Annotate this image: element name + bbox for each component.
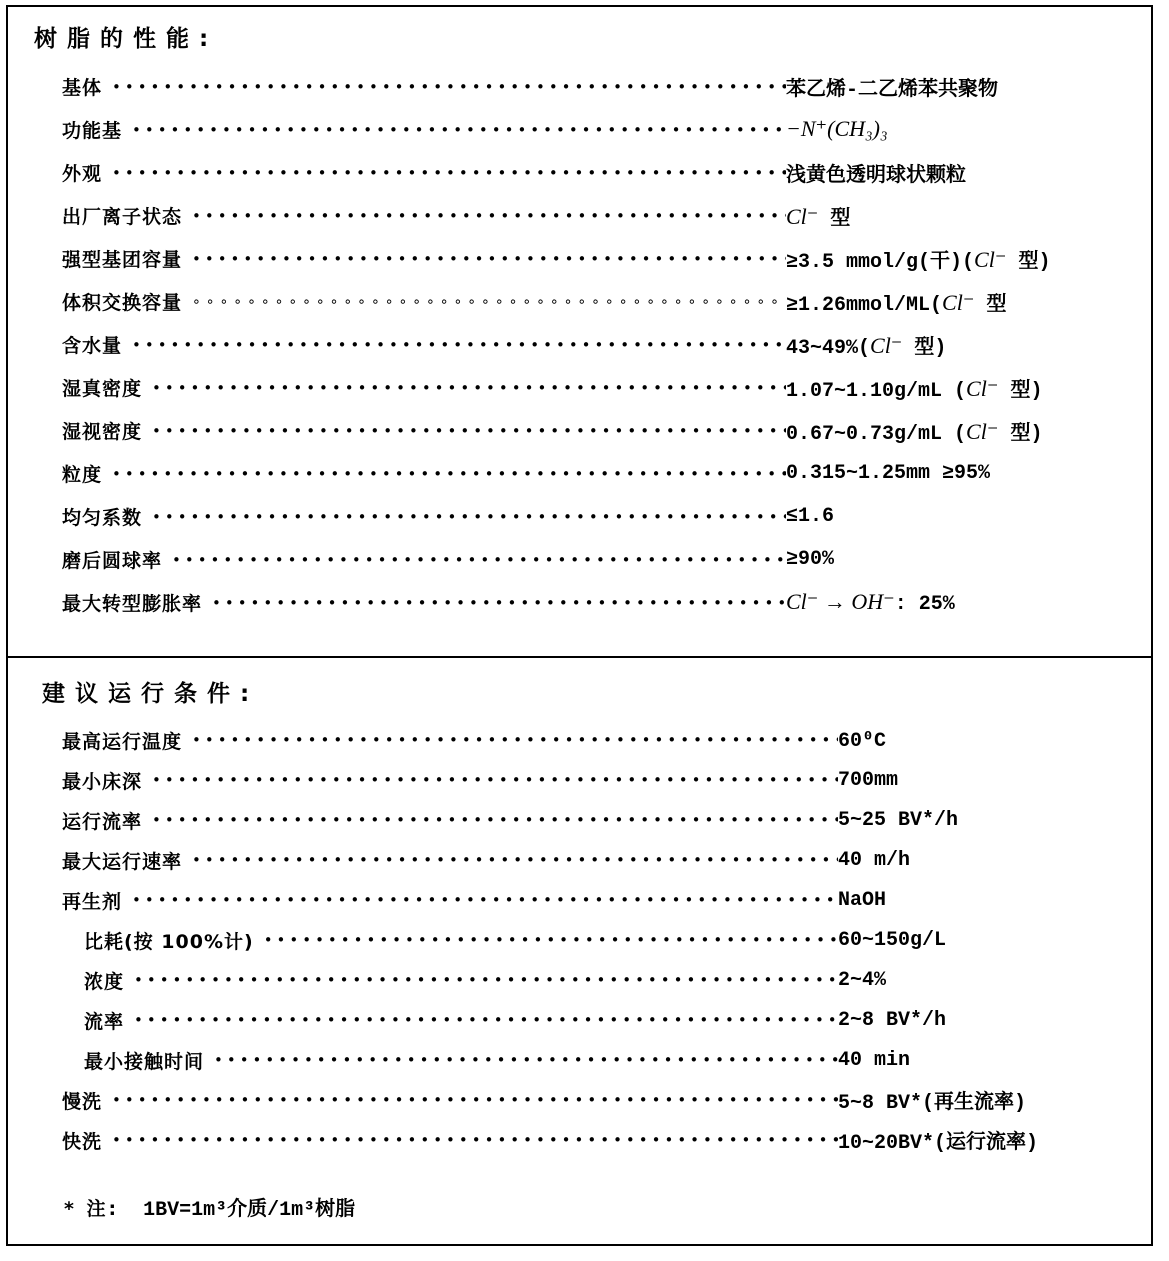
spec-row-left: 最大转型膨胀率•••••••••••••••••••••••••••••••••…: [62, 589, 786, 616]
dotted-leader: ••••••••••••••••••••••••••••••••••••••••…: [142, 379, 786, 397]
spec-label: 出厂离子状态: [62, 202, 182, 229]
dotted-leader: ••••••••••••••••••••••••••••••••••••••••…: [142, 811, 838, 829]
spec-label: 比耗(按 100%计): [84, 927, 254, 954]
dotted-leader: ••••••••••••••••••••••••••••••••••••••••…: [122, 336, 786, 354]
spec-value: Cl⁻ 型: [786, 201, 850, 231]
text-segment: 60⁰C: [838, 730, 886, 753]
text-segment: 浅黄色透明球状颗粒: [786, 165, 966, 188]
text-segment: 苯乙烯-二乙烯苯共聚物: [786, 79, 998, 102]
spec-label: 运行流率: [62, 807, 142, 834]
spec-value: 1.07~1.10g/mL (Cl⁻ 型): [786, 373, 1042, 403]
dotted-leader: ••••••••••••••••••••••••••••••••••••••••…: [204, 1051, 838, 1069]
spec-row: 最小床深••••••••••••••••••••••••••••••••••••…: [8, 760, 1151, 800]
spec-label: 最高运行温度: [62, 727, 182, 754]
text-segment: 5~25 BV*/h: [838, 809, 958, 832]
spec-row-left: 基体••••••••••••••••••••••••••••••••••••••…: [62, 73, 786, 100]
spec-row-left: 慢洗••••••••••••••••••••••••••••••••••••••…: [62, 1087, 838, 1114]
dotted-leader: ••••••••••••••••••••••••••••••••••••••••…: [142, 422, 786, 440]
spec-row: 慢洗••••••••••••••••••••••••••••••••••••••…: [8, 1080, 1151, 1120]
spec-value: 40 min: [838, 1049, 910, 1072]
spec-row-left: 运行流率••••••••••••••••••••••••••••••••••••…: [62, 807, 838, 834]
spec-value: ≥1.26mmol/ML(Cl⁻ 型: [786, 287, 1006, 317]
spec-row: 均匀系数••••••••••••••••••••••••••••••••••••…: [8, 495, 1151, 538]
spec-value: 0.315~1.25mm ≥95%: [786, 462, 990, 485]
spec-value: 2~8 BV*/h: [838, 1009, 946, 1032]
dotted-leader: ••••••••••••••••••••••••••••••••••••••••…: [142, 771, 838, 789]
spec-row-left: 均匀系数••••••••••••••••••••••••••••••••••••…: [62, 503, 786, 530]
spec-row: 基体••••••••••••••••••••••••••••••••••••••…: [8, 65, 1151, 108]
math-segment: Cl⁻: [942, 290, 974, 315]
text-segment: 0.67~0.73g/mL (: [786, 423, 966, 446]
text-segment: 2~4%: [838, 969, 886, 992]
math-segment: Cl⁻: [786, 204, 818, 229]
footnote-text: 1BV=1m³介质/1m³树脂: [143, 1192, 355, 1222]
footnote: * 注: 1BV=1m³介质/1m³树脂: [8, 1192, 1151, 1222]
spec-row: 含水量•••••••••••••••••••••••••••••••••••••…: [8, 323, 1151, 366]
spec-label: 最小接触时间: [84, 1047, 204, 1074]
spec-row-left: 功能基•••••••••••••••••••••••••••••••••••••…: [62, 116, 786, 143]
dotted-leader: ••••••••••••••••••••••••••••••••••••••••…: [102, 1091, 838, 1109]
dotted-leader: ••••••••••••••••••••••••••••••••••••••••…: [124, 971, 838, 989]
spec-row: 磨后圆球率•••••••••••••••••••••••••••••••••••…: [8, 538, 1151, 581]
spec-label: 快洗: [62, 1127, 102, 1154]
spec-row: 再生剂•••••••••••••••••••••••••••••••••••••…: [8, 880, 1151, 920]
spec-label: 慢洗: [62, 1087, 102, 1114]
spec-label: 浓度: [84, 967, 124, 994]
spec-value: 0.67~0.73g/mL (Cl⁻ 型): [786, 416, 1042, 446]
spec-row: 最高运行温度••••••••••••••••••••••••••••••••••…: [8, 720, 1151, 760]
dotted-leader: ••••••••••••••••••••••••••••••••••••••••…: [162, 551, 786, 569]
resin-properties-rows: 基体••••••••••••••••••••••••••••••••••••••…: [8, 65, 1151, 624]
section-title-resin-properties: 树脂的性能:: [8, 7, 1151, 59]
math-segment: Cl⁻: [974, 247, 1006, 272]
spec-row-left: 流率••••••••••••••••••••••••••••••••••••••…: [62, 1007, 838, 1034]
spec-row: 最大运行速率••••••••••••••••••••••••••••••••••…: [8, 840, 1151, 880]
dotted-leader: ••••••••••••••••••••••••••••••••••••••••…: [102, 78, 786, 96]
text-segment: ≥1.26mmol/ML(: [786, 294, 942, 317]
text-segment: 60~150g/L: [838, 929, 946, 952]
text-segment: 43~49%(: [786, 337, 870, 360]
dotted-leader: ••••••••••••••••••••••••••••••••••••••••…: [122, 121, 786, 139]
math-segment: Cl⁻: [870, 333, 902, 358]
text-segment: ≥3.5 mmol/g(干)(: [786, 251, 974, 274]
spec-row: 快洗••••••••••••••••••••••••••••••••••••••…: [8, 1120, 1151, 1160]
spec-row: 比耗(按 100%计)•••••••••••••••••••••••••••••…: [8, 920, 1151, 960]
math-segment: Cl⁻ → OH⁻: [786, 589, 895, 614]
section-title-operating-conditions: 建议运行条件:: [8, 658, 1151, 714]
spec-label: 流率: [84, 1007, 124, 1034]
spec-value: Cl⁻ → OH⁻: 25%: [786, 589, 955, 616]
spec-row: 功能基•••••••••••••••••••••••••••••••••••••…: [8, 108, 1151, 151]
spec-row-left: 最大运行速率••••••••••••••••••••••••••••••••••…: [62, 847, 838, 874]
spec-row: 湿真密度••••••••••••••••••••••••••••••••••••…: [8, 366, 1151, 409]
spec-row-left: 浓度••••••••••••••••••••••••••••••••••••••…: [62, 967, 838, 994]
spec-value: ≥90%: [786, 548, 834, 571]
spec-sheet-panel: 树脂的性能: 基体•••••••••••••••••••••••••••••••…: [6, 5, 1153, 1246]
spec-row: 湿视密度••••••••••••••••••••••••••••••••••••…: [8, 409, 1151, 452]
text-segment: : 25%: [895, 593, 955, 616]
dotted-leader: ••••••••••••••••••••••••••••••••••••••••…: [182, 250, 786, 268]
spec-label: 最小床深: [62, 767, 142, 794]
spec-row-left: 比耗(按 100%计)•••••••••••••••••••••••••••••…: [62, 927, 838, 954]
spec-label: 均匀系数: [62, 503, 142, 530]
text-segment: 5~8 BV*(再生流率): [838, 1092, 1026, 1115]
text-segment: 型): [902, 337, 946, 360]
spec-row-left: 粒度••••••••••••••••••••••••••••••••••••••…: [62, 460, 786, 487]
spec-row: 最大转型膨胀率•••••••••••••••••••••••••••••••••…: [8, 581, 1151, 624]
dotted-leader: ••••••••••••••••••••••••••••••••••••••••…: [102, 1131, 838, 1149]
text-segment: ≥90%: [786, 548, 834, 571]
spec-value: 5~8 BV*(再生流率): [838, 1085, 1026, 1115]
operating-conditions-rows: 最高运行温度••••••••••••••••••••••••••••••••••…: [8, 720, 1151, 1160]
spec-label: 最大运行速率: [62, 847, 182, 874]
spec-row: 运行流率••••••••••••••••••••••••••••••••••••…: [8, 800, 1151, 840]
spec-row-left: 磨后圆球率•••••••••••••••••••••••••••••••••••…: [62, 546, 786, 573]
spec-value: −N⁺(CH₃)₃: [786, 116, 888, 143]
spec-row-left: 最小床深••••••••••••••••••••••••••••••••••••…: [62, 767, 838, 794]
spec-row: 流率••••••••••••••••••••••••••••••••••••••…: [8, 1000, 1151, 1040]
spec-row-left: 强型基团容量••••••••••••••••••••••••••••••••••…: [62, 245, 786, 272]
spec-row-left: 快洗••••••••••••••••••••••••••••••••••••••…: [62, 1127, 838, 1154]
spec-label: 磨后圆球率: [62, 546, 162, 573]
spec-value: ≥3.5 mmol/g(干)(Cl⁻ 型): [786, 244, 1050, 274]
spec-label: 粒度: [62, 460, 102, 487]
spec-label: 最大转型膨胀率: [62, 589, 202, 616]
text-segment: 10~20BV*(运行流率): [838, 1132, 1038, 1155]
operating-conditions-section: 建议运行条件: 最高运行温度••••••••••••••••••••••••••…: [8, 656, 1151, 1244]
spec-label: 功能基: [62, 116, 122, 143]
spec-value: 40 m/h: [838, 849, 910, 872]
dotted-leader: ••••••••••••••••••••••••••••••••••••••••…: [122, 891, 838, 909]
math-segment: Cl⁻: [966, 376, 998, 401]
text-segment: 型): [998, 380, 1042, 403]
spec-value: 700mm: [838, 769, 898, 792]
footnote-marker: * 注:: [64, 1194, 119, 1221]
spec-value: 2~4%: [838, 969, 886, 992]
spec-row-left: 外观••••••••••••••••••••••••••••••••••••••…: [62, 159, 786, 186]
text-segment: 700mm: [838, 769, 898, 792]
spec-value: 60~150g/L: [838, 929, 946, 952]
spec-label: 湿真密度: [62, 374, 142, 401]
spec-label: 再生剂: [62, 887, 122, 914]
dotted-leader: ••••••••••••••••••••••••••••••••••••••••…: [182, 207, 786, 225]
spec-row-left: 最高运行温度••••••••••••••••••••••••••••••••••…: [62, 727, 838, 754]
spec-row: 出厂离子状态••••••••••••••••••••••••••••••••••…: [8, 194, 1151, 237]
spec-value: 43~49%(Cl⁻ 型): [786, 330, 946, 360]
spec-value: NaOH: [838, 889, 886, 912]
spec-row: 浓度••••••••••••••••••••••••••••••••••••••…: [8, 960, 1151, 1000]
spec-row-left: 最小接触时间••••••••••••••••••••••••••••••••••…: [62, 1047, 838, 1074]
spec-value: 5~25 BV*/h: [838, 809, 958, 832]
spec-row: 最小接触时间••••••••••••••••••••••••••••••••••…: [8, 1040, 1151, 1080]
text-segment: 2~8 BV*/h: [838, 1009, 946, 1032]
text-segment: 40 min: [838, 1049, 910, 1072]
spec-label: 基体: [62, 73, 102, 100]
dotted-leader: ••••••••••••••••••••••••••••••••••••••••…: [142, 508, 786, 526]
math-segment: −N⁺(CH₃)₃: [786, 116, 888, 141]
spec-label: 体积交换容量: [62, 288, 182, 315]
text-segment: 型: [818, 208, 850, 231]
text-segment: ≤1.6: [786, 505, 834, 528]
spec-row-left: 湿真密度••••••••••••••••••••••••••••••••••••…: [62, 374, 786, 401]
text-segment: 40 m/h: [838, 849, 910, 872]
text-segment: 0.315~1.25mm ≥95%: [786, 462, 990, 485]
spec-row: 粒度••••••••••••••••••••••••••••••••••••••…: [8, 452, 1151, 495]
spec-row: 体积交换容量∘∘∘∘∘∘∘∘∘∘∘∘∘∘∘∘∘∘∘∘∘∘∘∘∘∘∘∘∘∘∘∘∘∘…: [8, 280, 1151, 323]
dotted-leader: ••••••••••••••••••••••••••••••••••••••••…: [182, 851, 838, 869]
dotted-leader: ••••••••••••••••••••••••••••••••••••••••…: [102, 164, 786, 182]
spec-value: 浅黄色透明球状颗粒: [786, 158, 966, 188]
spec-value: 10~20BV*(运行流率): [838, 1125, 1038, 1155]
dotted-leader: ••••••••••••••••••••••••••••••••••••••••…: [182, 731, 838, 749]
dotted-leader: ∘∘∘∘∘∘∘∘∘∘∘∘∘∘∘∘∘∘∘∘∘∘∘∘∘∘∘∘∘∘∘∘∘∘∘∘∘∘∘∘…: [182, 294, 786, 310]
dotted-leader: ••••••••••••••••••••••••••••••••••••••••…: [102, 465, 786, 483]
spec-value: 60⁰C: [838, 727, 886, 753]
text-segment: NaOH: [838, 889, 886, 912]
spec-row: 外观••••••••••••••••••••••••••••••••••••••…: [8, 151, 1151, 194]
spec-label: 外观: [62, 159, 102, 186]
spec-value: ≤1.6: [786, 505, 834, 528]
spec-value: 苯乙烯-二乙烯苯共聚物: [786, 72, 998, 102]
text-segment: 型): [998, 423, 1042, 446]
spec-row-left: 出厂离子状态••••••••••••••••••••••••••••••••••…: [62, 202, 786, 229]
spec-row-left: 体积交换容量∘∘∘∘∘∘∘∘∘∘∘∘∘∘∘∘∘∘∘∘∘∘∘∘∘∘∘∘∘∘∘∘∘∘…: [62, 288, 786, 315]
math-segment: Cl⁻: [966, 419, 998, 444]
dotted-leader: ••••••••••••••••••••••••••••••••••••••••…: [254, 931, 838, 949]
text-segment: 型): [1006, 251, 1050, 274]
text-segment: 型: [974, 294, 1006, 317]
spec-label: 含水量: [62, 331, 122, 358]
dotted-leader: ••••••••••••••••••••••••••••••••••••••••…: [124, 1011, 838, 1029]
spec-row-left: 湿视密度••••••••••••••••••••••••••••••••••••…: [62, 417, 786, 444]
dotted-leader: ••••••••••••••••••••••••••••••••••••••••…: [202, 594, 786, 612]
spec-label: 湿视密度: [62, 417, 142, 444]
text-segment: 1.07~1.10g/mL (: [786, 380, 966, 403]
spec-row: 强型基团容量••••••••••••••••••••••••••••••••••…: [8, 237, 1151, 280]
spec-row-left: 含水量•••••••••••••••••••••••••••••••••••••…: [62, 331, 786, 358]
spec-row-left: 再生剂•••••••••••••••••••••••••••••••••••••…: [62, 887, 838, 914]
resin-properties-section: 树脂的性能: 基体•••••••••••••••••••••••••••••••…: [8, 7, 1151, 656]
spec-label: 强型基团容量: [62, 245, 182, 272]
